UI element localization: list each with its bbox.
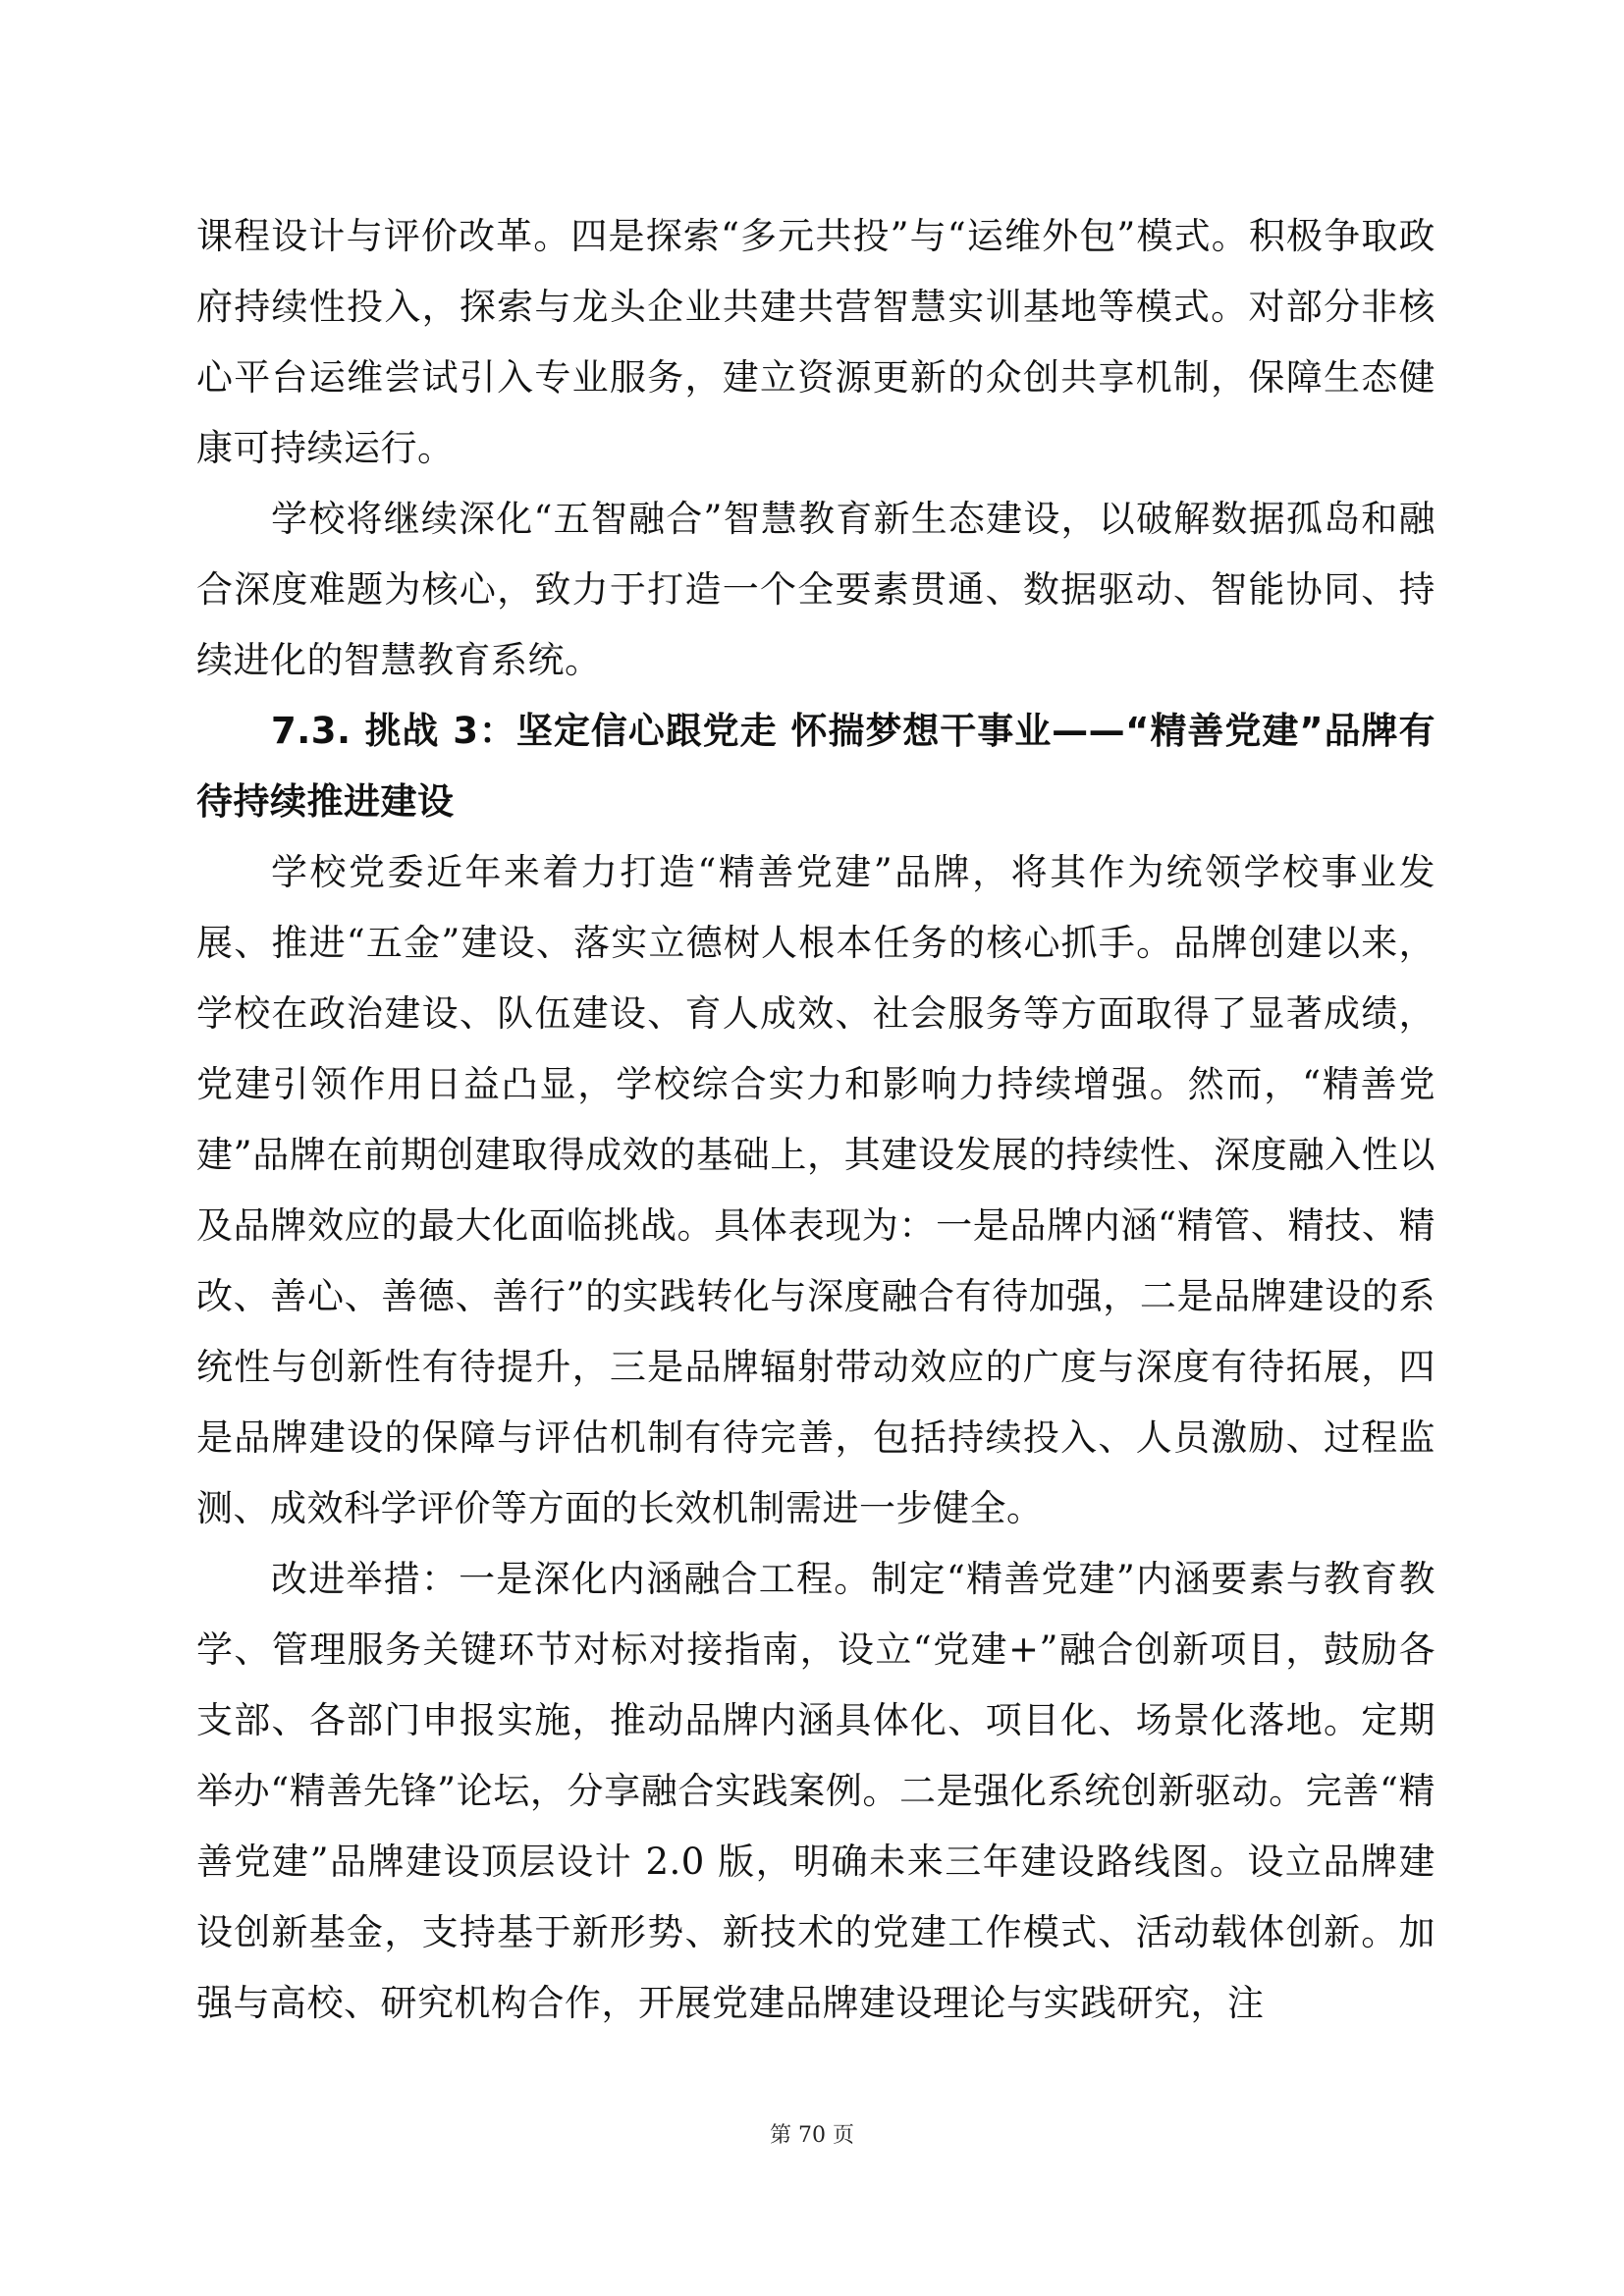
page-number-footer: 第 70 页 <box>0 2118 1624 2149</box>
paragraph-improvement-measures: 改进举措：一是深化内涵融合工程。制定“精善党建”内涵要素与教育教学、管理服务关键… <box>196 1544 1435 2039</box>
paragraph-party-brand-challenge: 学校党委近年来着力打造“精善党建”品牌，将其作为统领学校事业发展、推进“五金”建… <box>196 837 1435 1544</box>
section-heading-7-3: 7.3. 挑战 3：坚定信心跟党走 怀揣梦想干事业——“精善党建”品牌有待持续推… <box>196 696 1435 837</box>
paragraph-smart-education: 学校将继续深化“五智融合”智慧教育新生态建设，以破解数据孤岛和融合深度难题为核心… <box>196 484 1435 696</box>
document-page: 课程设计与评价改革。四是探索“多元共投”与“运维外包”模式。积极争取政府持续性投… <box>196 201 1435 2039</box>
paragraph-continuation: 课程设计与评价改革。四是探索“多元共投”与“运维外包”模式。积极争取政府持续性投… <box>196 201 1435 484</box>
